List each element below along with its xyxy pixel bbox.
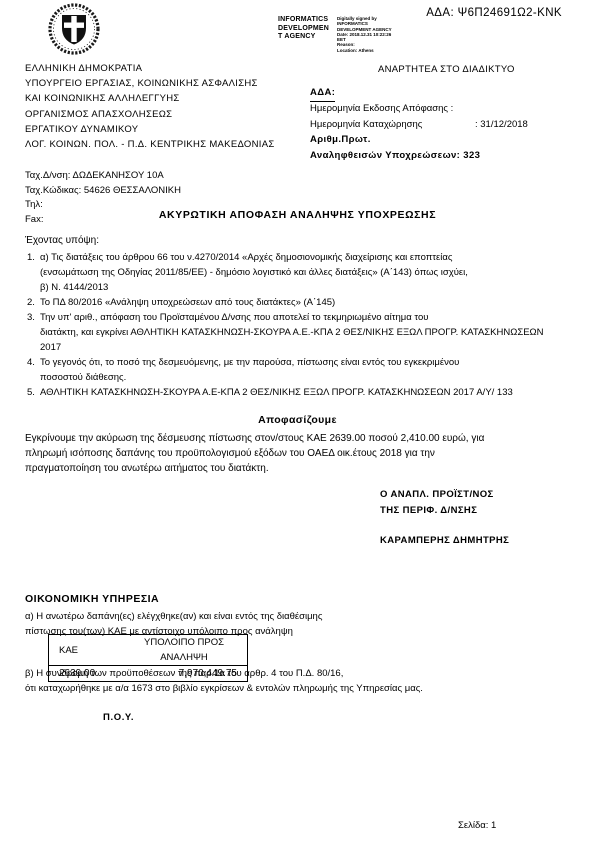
postal-code: Ταχ.Κώδικας: 54626 ΘΕΣΣΑΛΟΝΙΚΗ — [25, 184, 181, 199]
ada-field-label: ΑΔΑ: — [310, 85, 335, 102]
page-number: Σελίδα: 1 — [458, 818, 496, 833]
signature-block: Ο ΑΝΑΠΛ. ΠΡΟΪΣΤ/ΝΟΣ ΤΗΣ ΠΕΡΙΦ. Δ/ΝΣΗΣ ΚΑ… — [380, 487, 509, 549]
signer-title-line1: Ο ΑΝΑΠΛ. ΠΡΟΪΣΤ/ΝΟΣ — [380, 487, 509, 503]
org-line: ΚΑΙ ΚΟΙΝΩΝΙΚΗΣ ΑΛΛΗΛΕΓΓΥΗΣ — [25, 91, 275, 106]
register-date-label: Ημερομηνία Καταχώρησης — [310, 117, 475, 133]
list-item: 4. Το γεγονός ότι, το ποσό της δεσμευόμε… — [27, 355, 575, 385]
issue-date-label: Ημερομηνία Εκδοσης Απόφασης : — [310, 103, 453, 114]
org-line: ΕΛΛΗΝΙΚΗ ΔΗΜΟΚΡΑΤΙΑ — [25, 61, 275, 76]
list-item-number: 3. — [27, 310, 40, 355]
decision-heading: Αποφασίζουμε — [0, 413, 595, 428]
list-item-number: 4. — [27, 355, 40, 385]
list-item-number: 5. — [27, 385, 40, 400]
document-title: ΑΚΥΡΩΤΙΚΗ ΑΠΟΦΑΣΗ ΑΝΑΛΗΨΗΣ ΥΠΟΧΡΕΩΣΗΣ — [0, 208, 595, 223]
decision-body: Εγκρίνουμε την ακύρωση της δέσμευσης πίσ… — [25, 431, 573, 476]
signature-stamp-agency: INFORMATICS DEVELOPMEN T AGENCY — [278, 16, 329, 42]
protocol-number-label: Αριθμ.Πρωτ. — [310, 132, 580, 148]
balance-column-header: ΥΠΟΛΟΙΠΟ ΠΡΟΣ ΑΝΑΛΗΨΗ — [121, 635, 248, 666]
organization-block: ΕΛΛΗΝΙΚΗ ΔΗΜΟΚΡΑΤΙΑ ΥΠΟΥΡΓΕΙΟ ΕΡΓΑΣΙΑΣ, … — [25, 61, 275, 152]
list-item: 3. Την υπ' αριθ., απόφαση του Προϊσταμέν… — [27, 310, 575, 355]
finance-note-b: β) Η συνδρομή των προϋποθέσεων της παρ.1… — [25, 666, 565, 696]
considerations-list: 1. α) Τις διατάξεις του άρθρου 66 του ν.… — [27, 250, 575, 400]
register-date-line: Ημερομηνία Καταχώρησης: 31/12/2018 — [310, 117, 580, 133]
list-item-text: Το γεγονός ότι, το ποσό της δεσμευόμενης… — [40, 355, 575, 385]
digital-signature-details: Digitally signed by INFORMATICS DEVELOPM… — [337, 16, 417, 53]
poy-label: Π.Ο.Υ. — [103, 710, 134, 725]
table-header-row: ΚΑΕ ΥΠΟΛΟΙΠΟ ΠΡΟΣ ΑΝΑΛΗΨΗ — [49, 635, 248, 666]
list-item-number: 1. — [27, 250, 40, 295]
list-item: 2. Το ΠΔ 80/2016 «Ανάληψη υποχρεώσεων απ… — [27, 295, 575, 310]
org-line: ΟΡΓΑΝΙΣΜΟΣ ΑΠΑΣΧΟΛΗΣΕΩΣ — [25, 107, 275, 122]
signer-name: ΚΑΡΑΜΠΕΡΗΣ ΔΗΜΗΤΡΗΣ — [380, 533, 509, 549]
list-item: 5. ΑΘΛΗΤΙΚΗ ΚΑΤΑΣΚΗΝΩΣΗ-ΣΚΟΥΡΑ Α.Ε-ΚΠΑ 2… — [27, 385, 575, 400]
postal-address: Ταχ.Δ/νση: ΔΩΔΕΚΑΝΗΣΟΥ 10Α — [25, 169, 181, 184]
list-item-text: Το ΠΔ 80/2016 «Ανάληψη υποχρεώσεων από τ… — [40, 295, 575, 310]
list-item: 1. α) Τις διατάξεις του άρθρου 66 του ν.… — [27, 250, 575, 295]
kae-column-header: ΚΑΕ — [49, 635, 122, 666]
document-page: ΑΔΑ: Ψ6Π24691Ω2-ΚΝΚ INFORMATICS DEVELOPM… — [0, 0, 595, 842]
list-item-number: 2. — [27, 295, 40, 310]
register-date-value: : 31/12/2018 — [475, 119, 528, 130]
list-item-text: Την υπ' αριθ., απόφαση του Προϊσταμένου … — [40, 310, 575, 355]
signer-title-line2: ΤΗΣ ΠΕΡΙΦ. Δ/ΝΣΗΣ — [380, 503, 509, 519]
list-item-text: α) Τις διατάξεις του άρθρου 66 του ν.427… — [40, 250, 575, 295]
org-line: ΕΡΓΑΤΙΚΟΥ ΔΥΝΑΜΙΚΟΥ — [25, 122, 275, 137]
ada-code: ΑΔΑ: Ψ6Π24691Ω2-ΚΝΚ — [426, 6, 562, 21]
org-line: ΥΠΟΥΡΓΕΙΟ ΕΡΓΑΣΙΑΣ, ΚΟΙΝΩΝΙΚΗΣ ΑΣΦΑΛΙΣΗΣ — [25, 76, 275, 91]
finance-section-heading: ΟΙΚΟΝΟΜΙΚΗ ΥΠΗΡΕΣΙΑ — [25, 592, 159, 607]
internet-posting-label: ΑΝΑΡΤΗΤΕΑ ΣΤΟ ΔΙΑΔΙΚΤΥΟ — [378, 62, 515, 77]
issue-date-line: Ημερομηνία Εκδοσης Απόφασης : — [310, 101, 580, 117]
decision-meta-block: Ημερομηνία Εκδοσης Απόφασης : Ημερομηνία… — [310, 101, 580, 163]
org-line: ΛΟΓ. ΚΟΙΝΩΝ. ΠΟΛ. - Π.Δ. ΚΕΝΤΡΙΚΗΣ ΜΑΚΕΔ… — [25, 137, 275, 152]
considerations-heading: Έχοντας υπόψη: — [25, 233, 99, 248]
obligations-count: Αναληφθεισών Υποχρεώσεων: 323 — [310, 148, 580, 164]
list-item-text: ΑΘΛΗΤΙΚΗ ΚΑΤΑΣΚΗΝΩΣΗ-ΣΚΟΥΡΑ Α.Ε-ΚΠΑ 2 ΘΕ… — [40, 385, 575, 400]
greek-emblem-icon — [40, 2, 108, 56]
